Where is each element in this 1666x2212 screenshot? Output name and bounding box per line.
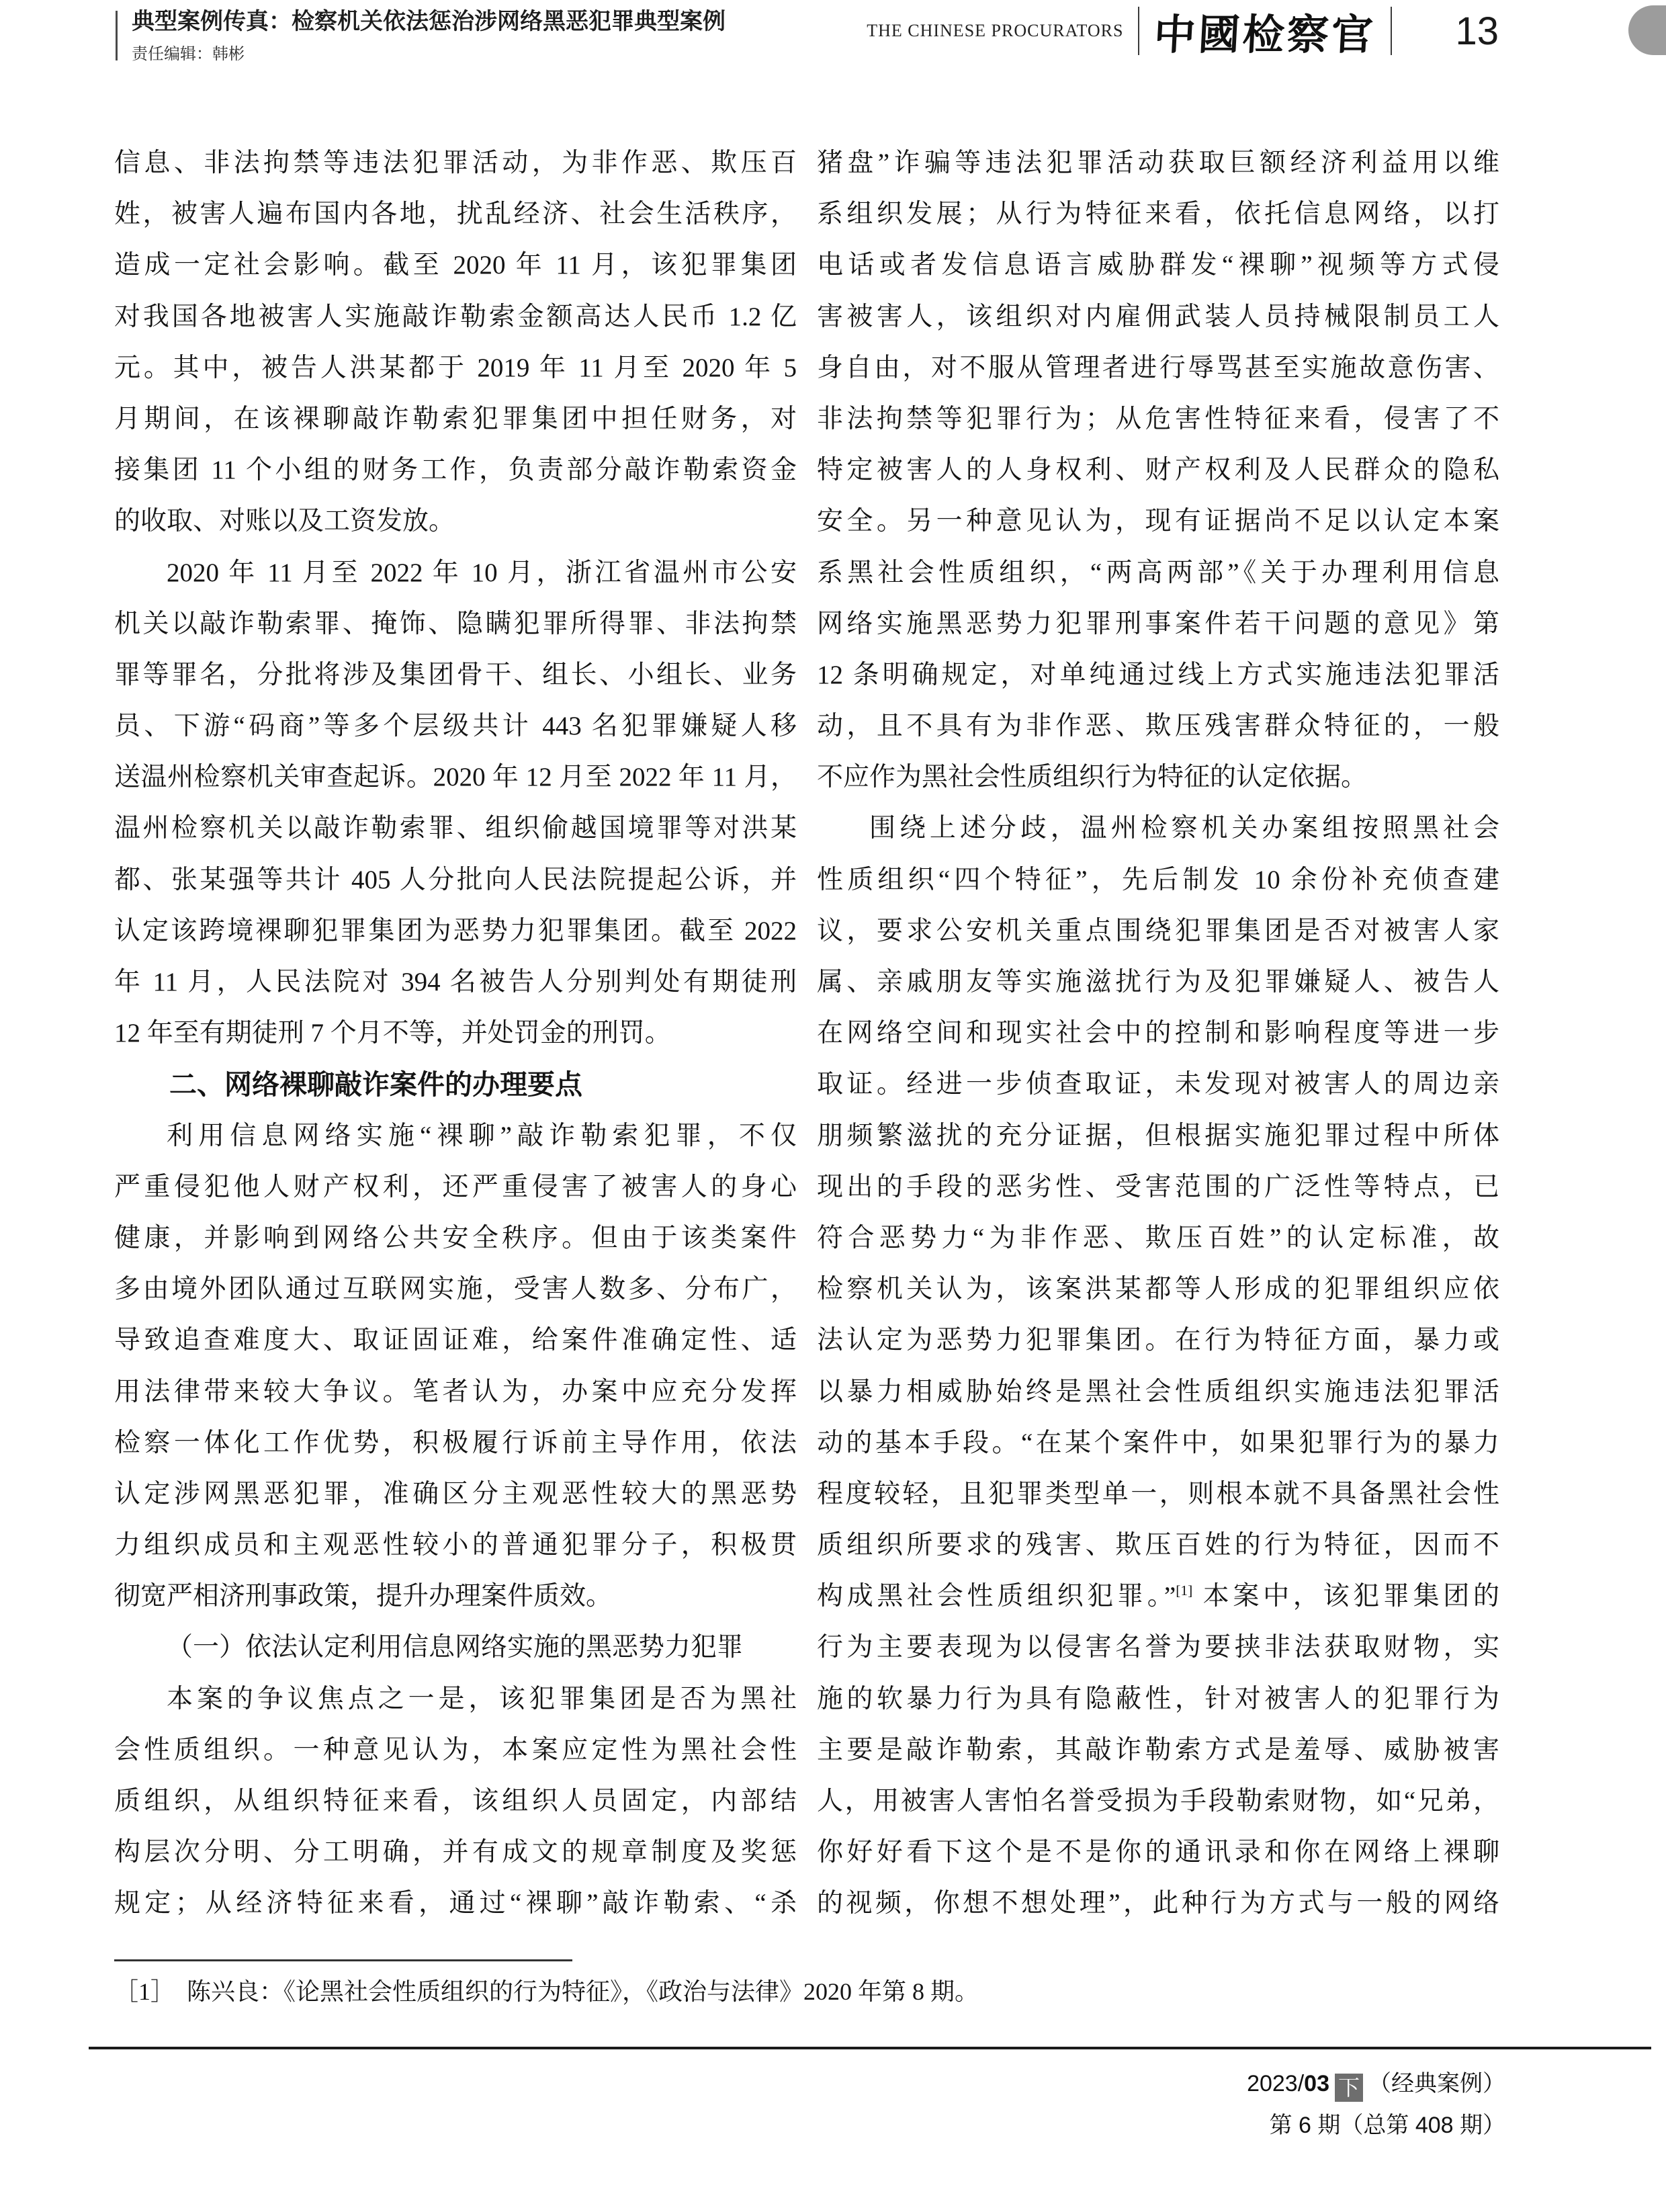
text-line: 非法拘禁等犯罪行为；从危害性特征来看，侵害了不	[817, 394, 1499, 445]
text-line: 电话或者发信息语言威胁群发“裸聊”视频等方式侵	[817, 240, 1499, 291]
text-line: 本案的争议焦点之一是，该犯罪集团是否为黑社	[114, 1674, 797, 1725]
text-line: 严重侵犯他人财产权利，还严重侵害了被害人的身心	[114, 1162, 797, 1213]
text-line: 导致追查难度大、取证固证难，给案件准确定性、适	[114, 1315, 797, 1366]
text-line: 构层次分明、分工明确，并有成文的规章制度及奖惩	[114, 1827, 797, 1878]
header-divider	[1391, 7, 1392, 55]
text-line: 12 年至有期徒刑 7 个月不等，并处罚金的刑罚。	[114, 1008, 797, 1059]
text-line: 对我国各地被害人实施敲诈勒索金额高达人民币 1.2 亿	[114, 292, 797, 343]
text-line: 主要是敲诈勒索，其敲诈勒索方式是羞辱、威胁被害	[817, 1725, 1499, 1776]
text-line: 你好好看下这个是不是你的通讯录和你在网络上裸聊	[817, 1827, 1499, 1878]
text-line: 健康，并影响到网络公共安全秩序。但由于该类案件	[114, 1213, 797, 1264]
footer-volume-badge: 下	[1335, 2074, 1363, 2102]
header-divider	[1138, 7, 1139, 55]
editor-line: 责任编辑：韩彬	[132, 40, 535, 64]
text-line: 年 11 月，人民法院对 394 名被告人分别判处有期徒刑	[114, 957, 797, 1008]
footer: 2023/03下（经典案例） 第 6 期（总第 408 期）	[901, 2067, 1505, 2142]
footer-issue-line-2: 第 6 期（总第 408 期）	[901, 2109, 1505, 2142]
text-line: 温州检察机关以敲诈勒索罪、组织偷越国境罪等对洪某	[114, 803, 797, 854]
right-column: 猪盘”诈骗等违法犯罪活动获取巨额经济利益用以维系组织发展；从行为特征来看，依托信…	[817, 138, 1499, 1934]
text-line: 月期间，在该裸聊敲诈勒索犯罪集团中担任财务，对	[114, 394, 797, 445]
text-line: 人，用被害人害怕名誉受损为手段勒索财物，如“兄弟，	[817, 1776, 1499, 1827]
text-line: 构成黑社会性质组织犯罪。”[1] 本案中，该犯罪集团的	[817, 1571, 1499, 1622]
text-line: 的视频，你想不想处理”，此种行为方式与一般的网络	[817, 1878, 1499, 1929]
text-line: 议，要求公安机关重点围绕犯罪集团是否对被害人家	[817, 906, 1499, 957]
text-line: 机关以敲诈勒索罪、掩饰、隐瞒犯罪所得罪、非法拘禁	[114, 599, 797, 650]
footer-category: （经典案例）	[1368, 2071, 1505, 2096]
text-line: 力组织成员和主观恶性较小的普通犯罪分子，积极贯	[114, 1520, 797, 1571]
article-title: 典型案例传真：检察机关依法惩治涉网络黑恶犯罪典型案例	[132, 8, 938, 35]
page-number: 13	[1455, 9, 1499, 54]
text-line: 彻宽严相济刑事政策，提升办理案件质效。	[114, 1571, 797, 1622]
text-line: 符合恶势力“为非作恶、欺压百姓”的认定标准，故	[817, 1213, 1499, 1264]
text-line: 送温州检察机关审查起诉。2020 年 12 月至 2022 年 11 月，	[114, 752, 797, 803]
text-line: 姓，被害人遍布国内各地，扰乱经济、社会生活秩序，	[114, 189, 797, 240]
text-line: 围绕上述分歧，温州检察机关办案组按照黑社会	[817, 803, 1499, 854]
text-line: 会性质组织。一种意见认为，本案应定性为黑社会性	[114, 1725, 797, 1776]
text-line: 检察一体化工作优势，积极履行诉前主导作用，依法	[114, 1418, 797, 1469]
subsection-heading: （一）依法认定利用信息网络实施的黑恶势力犯罪	[114, 1622, 797, 1673]
footer-issue-line-1: 2023/03下（经典案例）	[901, 2067, 1505, 2100]
text-line: 接集团 11 个小组的财务工作，负责部分敲诈勒索资金	[114, 445, 797, 496]
text-line: 不应作为黑社会性质组织行为特征的认定依据。	[817, 752, 1499, 803]
text-line: 利用信息网络实施“裸聊”敲诈勒索犯罪，不仅	[114, 1111, 797, 1162]
text-line: 属、亲戚朋友等实施滋扰行为及犯罪嫌疑人、被告人	[817, 957, 1499, 1008]
footnote: ［1］陈兴良：《论黑社会性质组织的行为特征》，《政治与法律》2020 年第 8 …	[114, 1974, 1505, 2009]
text-line: 罪等罪名，分批将涉及集团骨干、组长、小组长、业务	[114, 650, 797, 701]
footer-month: 03	[1304, 2071, 1329, 2096]
text-line: 以暴力相威胁始终是黑社会性质组织实施违法犯罪活	[817, 1367, 1499, 1418]
text-line: 信息、非法拘禁等违法犯罪活动，为非作恶、欺压百	[114, 138, 797, 189]
text-line: 程度较轻，且犯罪类型单一，则根本就不具备黑社会性	[817, 1469, 1499, 1520]
text-line: 行为主要表现为以侵害名誉为要挟非法获取财物，实	[817, 1622, 1499, 1673]
text-line: 质组织所要求的残害、欺压百姓的行为特征，因而不	[817, 1520, 1499, 1571]
text-line: 取证。经进一步侦查取证，未发现对被害人的周边亲	[817, 1059, 1499, 1110]
bottom-rule	[89, 2047, 1651, 2049]
text-line: 2020 年 11 月至 2022 年 10 月，浙江省温州市公安	[114, 548, 797, 599]
text-line: 造成一定社会影响。截至 2020 年 11 月，该犯罪集团	[114, 240, 797, 291]
footnote-text: 陈兴良：《论黑社会性质组织的行为特征》，《政治与法律》2020 年第 8 期。	[187, 1978, 979, 2005]
journal-header: THE CHINESE PROCURATORS 中國检察官 13	[867, 4, 1499, 58]
text-line: 系黑社会性质组织，“两高两部”《关于办理利用信息	[817, 548, 1499, 599]
text-line: 都、张某强等共计 405 人分批向人民法院提起公诉，并	[114, 855, 797, 906]
footnote-separator	[114, 1959, 572, 1961]
text-line: 安全。另一种意见认为，现有证据尚不足以认定本案	[817, 496, 1499, 547]
journal-logo: 中國检察官	[1153, 1, 1378, 61]
corner-tab	[1628, 5, 1666, 55]
text-line: 认定该跨境裸聊犯罪集团为恶势力犯罪集团。截至 2022	[114, 906, 797, 957]
section-heading: 二、网络裸聊敲诈案件的办理要点	[114, 1059, 797, 1110]
text-line: 施的软暴力行为具有隐蔽性，针对被害人的犯罪行为	[817, 1674, 1499, 1725]
text-line: 特定被害人的人身权利、财产权利及人民群众的隐私	[817, 445, 1499, 496]
footer-year: 2023/	[1247, 2071, 1304, 2096]
text-line: 的收取、对账以及工资发放。	[114, 496, 797, 547]
journal-page: 典型案例传真：检察机关依法惩治涉网络黑恶犯罪典型案例 责任编辑：韩彬 THE C…	[0, 0, 1666, 2212]
journal-name-english: THE CHINESE PROCURATORS	[867, 21, 1123, 41]
text-line: 现出的手段的恶劣性、受害范围的广泛性等特点，已	[817, 1162, 1499, 1213]
text-line: 员、下游“码商”等多个层级共计 443 名犯罪嫌疑人移	[114, 701, 797, 752]
text-line: 多由境外团队通过互联网实施，受害人数多、分布广，	[114, 1264, 797, 1315]
text-line: 朋频繁滋扰的充分证据，但根据实施犯罪过程中所体	[817, 1111, 1499, 1162]
text-line: 检察机关认为，该案洪某都等人形成的犯罪组织应依	[817, 1264, 1499, 1315]
text-line: 害被害人，该组织对内雇佣武装人员持械限制员工人	[817, 292, 1499, 343]
text-line: 性质组织“四个特征”，先后制发 10 余份补充侦查建	[817, 855, 1499, 906]
text-line: 质组织，从组织特征来看，该组织人员固定，内部结	[114, 1776, 797, 1827]
text-line: 系组织发展；从行为特征来看，依托信息网络，以打	[817, 189, 1499, 240]
text-line: 12 条明确规定，对单纯通过线上方式实施违法犯罪活	[817, 650, 1499, 701]
text-line: 认定涉网黑恶犯罪，准确区分主观恶性较大的黑恶势	[114, 1469, 797, 1520]
text-line: 法认定为恶势力犯罪集团。在行为特征方面，暴力或	[817, 1315, 1499, 1366]
text-line: 用法律带来较大争议。笔者认为，办案中应充分发挥	[114, 1367, 797, 1418]
text-line: 身自由，对不服从管理者进行辱骂甚至实施故意伤害、	[817, 343, 1499, 394]
text-line: 网络实施黑恶势力犯罪刑事案件若干问题的意见》第	[817, 599, 1499, 650]
text-line: 在网络空间和现实社会中的控制和影响程度等进一步	[817, 1008, 1499, 1059]
left-column: 信息、非法拘禁等违法犯罪活动，为非作恶、欺压百姓，被害人遍布国内各地，扰乱经济、…	[114, 138, 797, 1934]
header-vertical-rule	[116, 11, 118, 60]
footnote-marker: ［1］	[114, 1978, 175, 2005]
text-line: 元。其中，被告人洪某都于 2019 年 11 月至 2020 年 5	[114, 343, 797, 394]
footnote-reference: [1]	[1176, 1582, 1192, 1599]
text-line: 规定；从经济特征来看，通过“裸聊”敲诈勒索、“杀	[114, 1878, 797, 1929]
text-line: 猪盘”诈骗等违法犯罪活动获取巨额经济利益用以维	[817, 138, 1499, 189]
text-line: 动的基本手段。“在某个案件中，如果犯罪行为的暴力	[817, 1418, 1499, 1469]
text-line: 动，且不具有为非作恶、欺压残害群众特征的，一般	[817, 701, 1499, 752]
